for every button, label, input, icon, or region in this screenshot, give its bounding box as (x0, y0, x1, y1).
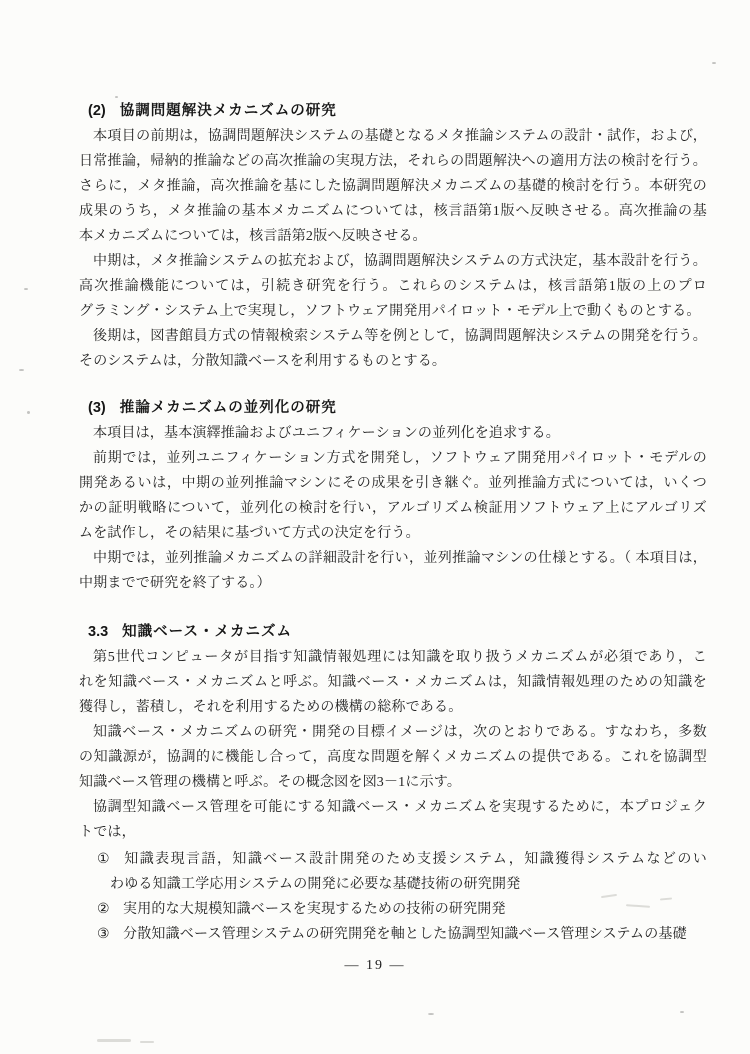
text-line: 本項目の前期は，協調問題解決システムの基礎となるメタ推論システムの設計・試作，お… (79, 124, 707, 149)
list-item-line: ③分散知識ベース管理システムの研究開発を軸とした協調型知識ベース管理システムの基… (79, 922, 707, 947)
text-line: 第5世代コンピュータが目指す知識情報処理には知識を取り扱うメカニズムが必須であり… (79, 645, 707, 670)
text-line: 高次推論機能については，引続き研究を行う。これらのシステムは，核言語第1版の上の… (79, 274, 707, 299)
paragraph: 第5世代コンピュータが目指す知識情報処理には知識を取り扱うメカニズムが必須であり… (79, 645, 707, 720)
paragraph: 協調型知識ベース管理を可能にする知識ベース・メカニズムを実現するために，本プロジ… (79, 795, 707, 845)
heading-title: 協調問題解決メカニズムの研究 (120, 103, 337, 119)
text-line: 開発あるいは，中期の並列推論マシンにその成果を引き継ぐ。並列推論方式については，… (79, 471, 707, 496)
text-line: 後期は，図書館員方式の情報検索システム等を例として，協調問題解決システムの開発を… (79, 324, 707, 349)
text-line: かの証明戦略について，並列化の検討を行い，アルゴリズム検証用ソフトウェア上にアル… (79, 496, 707, 521)
scan-artifact (680, 1011, 684, 1013)
heading-title: 知識ベース・メカニズム (122, 624, 292, 640)
scan-artifact (115, 96, 118, 98)
text-line: トでは， (79, 820, 707, 845)
heading-number: (2) (88, 103, 106, 119)
scan-artifact (140, 1041, 154, 1043)
text-line: 中期では，並列推論メカニズムの詳細設計を行い，並列推論マシンの仕様とする。（ 本… (79, 546, 707, 571)
section-heading: (3)推論メカニズムの並列化の研究 (79, 396, 707, 421)
list-item-line: ②実用的な大規模知識ベースを実現するための技術の研究開発 (79, 897, 707, 922)
text-line: 成果のうち，メタ推論の基本メカニズムについては，核言語第1版へ反映させる。高次推… (79, 199, 707, 224)
heading-title: 推論メカニズムの並列化の研究 (120, 400, 337, 416)
list-item-line: ①知識表現言語，知識ベース設計開発のため支援システム，知識獲得システムなどのい (79, 847, 707, 872)
paragraph: 本項目の前期は，協調問題解決システムの基礎となるメタ推論システムの設計・試作，お… (79, 124, 707, 249)
paragraph: 中期では，並列推論メカニズムの詳細設計を行い，並列推論マシンの仕様とする。（ 本… (79, 546, 707, 596)
text-line: グラミング・システム上で実現し，ソフトウェア開発用パイロット・モデル上で動くもの… (79, 299, 707, 324)
text-line: 知識ベース管理の機構と呼ぶ。その概念図を図3－1に示す。 (79, 770, 707, 795)
section-heading: (2)協調問題解決メカニズムの研究 (79, 99, 707, 124)
document-content: (2)協調問題解決メカニズムの研究本項目の前期は，協調問題解決システムの基礎とな… (79, 99, 707, 947)
scan-artifact (24, 288, 28, 290)
heading-number: 3.3 (88, 624, 108, 640)
list-item: ②実用的な大規模知識ベースを実現するための技術の研究開発 (79, 897, 707, 922)
text-line: 本項目は，基本演繹推論およびユニフィケーションの並列化を追求する。 (79, 421, 707, 446)
scanned-document-page: (2)協調問題解決メカニズムの研究本項目の前期は，協調問題解決システムの基礎とな… (0, 0, 750, 1054)
scan-artifact (19, 369, 24, 371)
heading-number: (3) (88, 400, 106, 416)
scan-artifact (27, 411, 30, 414)
paragraph: 前期では，並列ユニフィケーション方式を開発し，ソフトウェア開発用パイロット・モデ… (79, 446, 707, 546)
list-marker: ① (97, 847, 123, 872)
section: 3.3知識ベース・メカニズム第5世代コンピュータが目指す知識情報処理には知識を取… (79, 620, 707, 947)
paragraph: 中期は，メタ推論システムの拡充および，協調問題解決システムの方式決定，基本設計を… (79, 249, 707, 324)
text-line: さらに，メタ推論，高次推論を基にした協調問題解決メカニズムの基礎的検討を行う。本… (79, 174, 707, 199)
list-item-text: 実用的な大規模知識ベースを実現するための技術の研究開発 (123, 902, 506, 917)
text-line: 獲得し，蓄積し，それを利用するための機構の総称である。 (79, 695, 707, 720)
section-heading: 3.3知識ベース・メカニズム (79, 620, 707, 645)
paragraph: 知識ベース・メカニズムの研究・開発の目標イメージは，次のとおりである。すなわち，… (79, 720, 707, 795)
list-item-line: わゆる知識工学応用システムの開発に必要な基礎技術の研究開発 (79, 872, 707, 897)
text-line: ムを試作し，その結果に基づいて方式の決定を行う。 (79, 521, 707, 546)
numbered-list: ①知識表現言語，知識ベース設計開発のため支援システム，知識獲得システムなどのいわ… (79, 847, 707, 947)
text-line: そのシステムは，分散知識ベースを利用するものとする。 (79, 349, 707, 374)
text-line: れを知識ベース・メカニズムと呼ぶ。知識ベース・メカニズムは，知識情報処理のための… (79, 670, 707, 695)
section: (2)協調問題解決メカニズムの研究本項目の前期は，協調問題解決システムの基礎とな… (79, 99, 707, 374)
scan-artifact (97, 1039, 131, 1042)
text-line: 知識ベース・メカニズムの研究・開発の目標イメージは，次のとおりである。すなわち，… (79, 720, 707, 745)
text-line: 協調型知識ベース管理を可能にする知識ベース・メカニズムを実現するために，本プロジ… (79, 795, 707, 820)
list-item-text: 知識表現言語，知識ベース設計開発のため支援システム，知識獲得システムなどのい (123, 852, 707, 867)
text-line: 本メカニズムについては，核言語第2版へ反映させる。 (79, 224, 707, 249)
list-item: ①知識表現言語，知識ベース設計開発のため支援システム，知識獲得システムなどのいわ… (79, 847, 707, 897)
scan-artifact (712, 62, 716, 64)
text-line: 中期は，メタ推論システムの拡充および，協調問題解決システムの方式決定，基本設計を… (79, 249, 707, 274)
paragraph: 後期は，図書館員方式の情報検索システム等を例として，協調問題解決システムの開発を… (79, 324, 707, 374)
text-line: 日常推論，帰納的推論などの高次推論の実現方法，それらの問題解決への適用方法の検討… (79, 149, 707, 174)
section: (3)推論メカニズムの並列化の研究本項目は，基本演繹推論およびユニフィケーション… (79, 396, 707, 596)
list-marker: ③ (97, 922, 123, 947)
text-line: の知識源が，協調的に機能し合って，高度な問題を解くメカニズムの提供である。これを… (79, 745, 707, 770)
scan-artifact (428, 1013, 434, 1015)
list-marker: ② (97, 897, 123, 922)
list-item: ③分散知識ベース管理システムの研究開発を軸とした協調型知識ベース管理システムの基… (79, 922, 707, 947)
text-line: 中期までで研究を終了する。） (79, 571, 707, 596)
text-line: 前期では，並列ユニフィケーション方式を開発し，ソフトウェア開発用パイロット・モデ… (79, 446, 707, 471)
paragraph: 本項目は，基本演繹推論およびユニフィケーションの並列化を追求する。 (79, 421, 707, 446)
list-item-text: 分散知識ベース管理システムの研究開発を軸とした協調型知識ベース管理システムの基礎 (123, 927, 687, 942)
page-number: — 19 — (0, 956, 750, 976)
